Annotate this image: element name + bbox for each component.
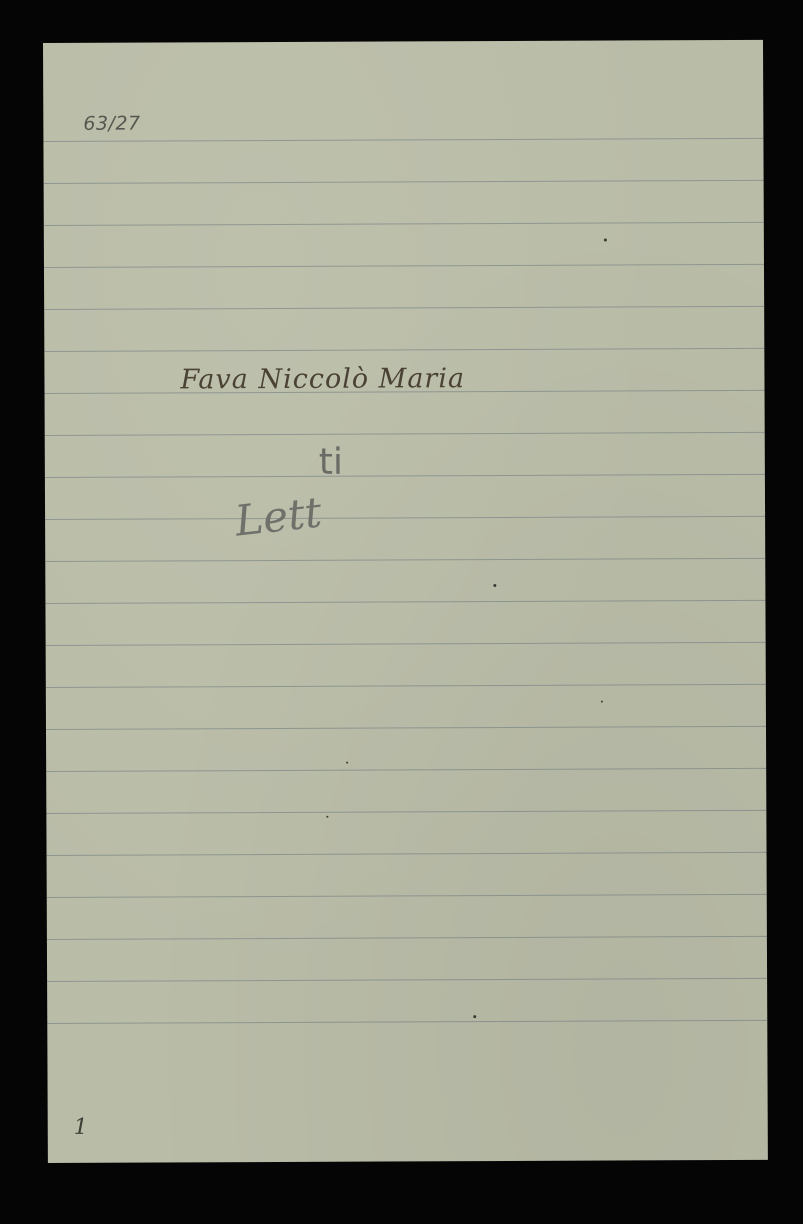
ruled-line [47,894,767,898]
ruled-line [46,810,766,814]
ruled-line [44,306,764,310]
pencil-note: Lett [233,487,324,545]
ruled-line [47,852,767,856]
ruled-line [47,936,767,940]
ruled-line [47,978,767,982]
ruled-line [44,222,764,226]
ruled-line [44,264,764,268]
paper-sheet: 63/27 Fava Niccolò Maria Lett ti 1 [43,40,768,1163]
archive-number: 63/27 [83,113,140,135]
ruled-line [44,180,764,184]
ruled-line [44,348,764,352]
paper-speck [601,701,603,703]
person-name: Fava Niccolò Maria [180,363,465,395]
ruled-line [47,1020,767,1024]
ruled-line [45,432,765,436]
paper-speck [473,1015,476,1018]
paper-speck [326,816,328,818]
ruled-line [45,516,765,520]
paper-speck [604,239,607,242]
paper-speck [346,762,348,764]
pencil-note-superscript: ti [319,442,343,483]
paper-speck [493,584,496,587]
ruled-line [45,474,765,478]
ruled-line [46,768,766,772]
ruled-line [46,726,766,730]
ruled-line [45,600,765,604]
ruled-line [46,684,766,688]
page-number: 1 [74,1115,88,1140]
ruled-line [46,642,766,646]
ruled-line [43,138,763,142]
ruled-line [45,558,765,562]
